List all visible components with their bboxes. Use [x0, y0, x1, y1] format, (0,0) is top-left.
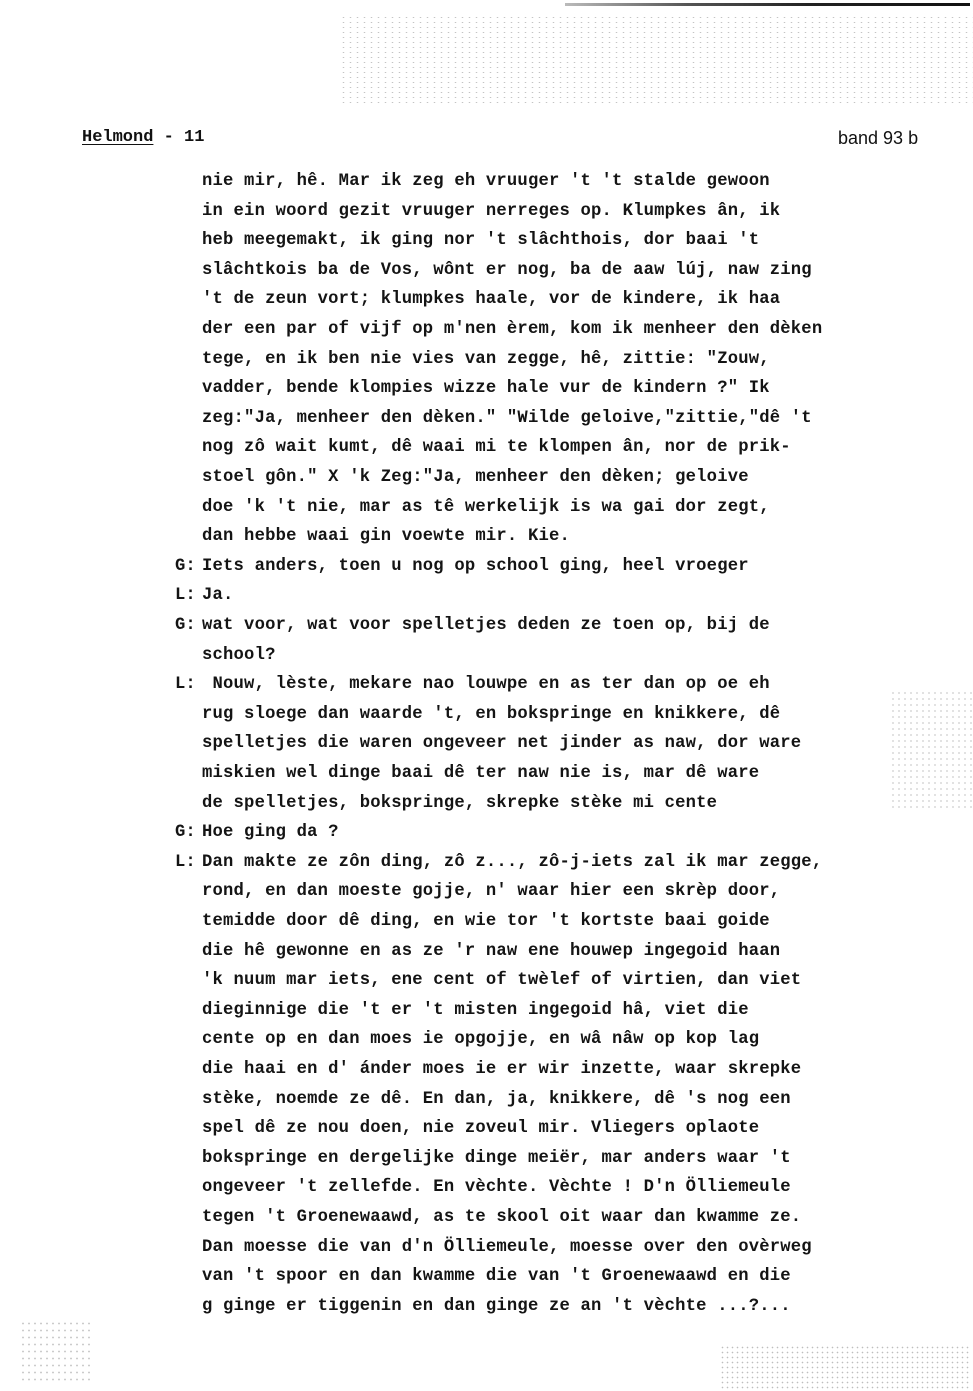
transcript-line: nog zô wait kumt, dê waai mi te klompen …	[202, 438, 791, 457]
scan-noise	[890, 690, 973, 810]
transcript-line: rond, en dan moeste gojje, n' waar hier …	[202, 882, 780, 901]
transcript-line: der een par of vijf op m'nen èrem, kom i…	[202, 320, 822, 339]
transcript-line: in ein woord gezit vruuger nerreges op. …	[202, 202, 780, 221]
transcript-line: dan hebbe waai gin voewte mir. Kie.	[202, 527, 570, 546]
place-name: Helmond	[82, 128, 153, 147]
scan-noise	[340, 15, 973, 105]
transcript-line: wat voor, wat voor spelletjes deden ze t…	[202, 616, 770, 635]
transcript-line: cente op en dan moes ie opgojje, en wâ n…	[202, 1030, 759, 1049]
transcript-line: spel dê ze nou doen, nie zoveul mir. Vli…	[202, 1119, 759, 1138]
transcript-line: heb meegemakt, ik ging nor 't slâchthois…	[202, 231, 759, 250]
transcript-line: Dan makte ze zôn ding, zô z..., zô-j-iet…	[202, 853, 822, 872]
transcript-line: g ginge er tiggenin en dan ginge ze an '…	[202, 1297, 791, 1316]
page-number: 11	[184, 128, 204, 147]
transcript-line: bokspringe en dergelijke dinge meiër, ma…	[202, 1149, 791, 1168]
transcript-line: die hê gewonne en as ze 'r naw ene houwe…	[202, 942, 780, 961]
transcript-line: ongeveer 't zellefde. En vèchte. Vèchte …	[202, 1178, 791, 1197]
scan-noise	[720, 1345, 970, 1391]
header-separator: -	[153, 128, 184, 147]
transcript-line: de spelletjes, bokspringe, skrepke stèke…	[202, 794, 717, 813]
transcript-line: slâchtkois ba de Vos, wônt er nog, ba de…	[202, 261, 812, 280]
transcript-line: school?	[202, 646, 276, 665]
transcript-line: miskien wel dinge baai dê ter naw nie is…	[202, 764, 759, 783]
tape-reference: band 93 b	[838, 128, 918, 149]
page-header-left: Helmond - 11	[82, 128, 204, 147]
transcript-line: 't de zeun vort; klumpkes haale, vor de …	[202, 290, 780, 309]
speaker-label: G:	[175, 823, 196, 842]
document-page: Helmond - 11 band 93 b nie mir, hê. Mar …	[0, 0, 973, 1391]
transcript-line: vadder, bende klompies wizze hale vur de…	[202, 379, 770, 398]
transcript-line: tegen 't Groenewaawd, as te skool oit wa…	[202, 1208, 801, 1227]
transcript-line: Ja.	[202, 586, 234, 605]
transcript-line: dieginnige die 't er 't misten ingegoid …	[202, 1001, 749, 1020]
transcript-line: nie mir, hê. Mar ik zeg eh vruuger 't 't…	[202, 172, 770, 191]
transcript-line: rug sloege dan waarde 't, en bokspringe …	[202, 705, 780, 724]
transcript-line: stoel gôn." X 'k Zeg:"Ja, menheer den dè…	[202, 468, 749, 487]
transcript-line: die haai en d' ánder moes ie er wir inze…	[202, 1060, 801, 1079]
speaker-label: L:	[175, 675, 196, 694]
transcript-line: tege, en ik ben nie vies van zegge, hê, …	[202, 350, 770, 369]
transcript-line: stèke, noemde ze dê. En dan, ja, knikker…	[202, 1090, 791, 1109]
transcript-line: 'k nuum mar iets, ene cent of twèlef of …	[202, 971, 801, 990]
transcript-line: Dan moesse die van d'n Ölliemeule, moess…	[202, 1238, 812, 1257]
scan-edge-line	[565, 3, 970, 6]
transcript-line: Iets anders, toen u nog op school ging, …	[202, 557, 749, 576]
transcript-line: zeg:"Ja, menheer den dèken." "Wilde gelo…	[202, 409, 812, 428]
transcript-line: Hoe ging da ?	[202, 823, 339, 842]
speaker-label: G:	[175, 616, 196, 635]
speaker-label: L:	[175, 853, 196, 872]
transcript-line: Nouw, lèste, mekare nao louwpe en as ter…	[202, 675, 770, 694]
speaker-label: G:	[175, 557, 196, 576]
scan-noise	[20, 1320, 90, 1385]
transcript-line: temidde door dê ding, en wie tor 't kort…	[202, 912, 770, 931]
transcript-line: doe 'k 't nie, mar as tê werkelijk is wa…	[202, 498, 770, 517]
transcript-line: spelletjes die waren ongeveer net jinder…	[202, 734, 801, 753]
transcript-line: van 't spoor en dan kwamme die van 't Gr…	[202, 1267, 791, 1286]
speaker-label: L:	[175, 586, 196, 605]
